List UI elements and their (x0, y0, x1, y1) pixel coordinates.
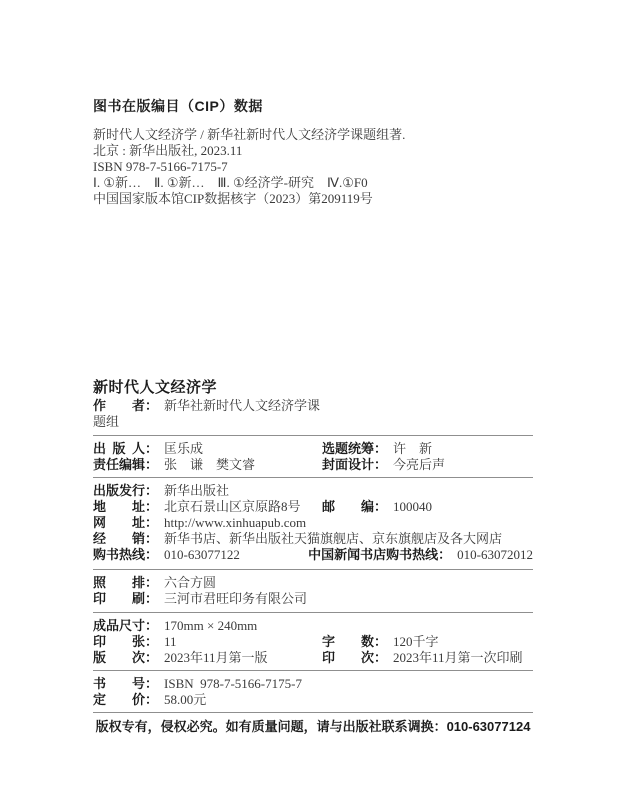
book-title: 新时代人文经济学 (93, 378, 533, 398)
cover-design-cell: 封面设计：今亮后声 (322, 457, 533, 473)
topic-coordinator-value: 许 新 (393, 441, 432, 456)
size-label: 成品尺寸 (93, 618, 145, 634)
label-colon: ： (145, 547, 158, 562)
label-colon: ： (374, 457, 387, 472)
publisher-value: 新华出版社 (164, 483, 229, 498)
printing-row: 印刷：三河市君旺印务有限公司 (93, 591, 533, 607)
editor-cell: 责任编辑：张 谦 樊文睿 (93, 457, 322, 473)
cover-design-value: 今亮后声 (393, 457, 445, 472)
label-colon: ： (145, 650, 158, 665)
cip-line-imprint: 北京 : 新华出版社, 2023.11 (93, 143, 533, 159)
impression-label: 印次 (322, 650, 374, 666)
distribution-label: 经销 (93, 531, 145, 547)
colophon-block: 新时代人文经济学 作者：新华社新时代人文经济学课题组 出版人：匡乐成 选题统筹：… (93, 378, 533, 735)
impression-cell: 印次：2023年11月第一次印刷 (322, 650, 533, 666)
cip-line-isbn: ISBN 978-7-5166-7175-7 (93, 159, 533, 175)
price-row: 定价：58.00元 (93, 692, 533, 708)
printing-value: 三河市君旺印务有限公司 (164, 591, 307, 606)
label-colon: ： (374, 499, 387, 514)
author-label: 作者 (93, 398, 145, 414)
isbn-label: 书号 (93, 676, 145, 692)
label-colon: ： (145, 575, 158, 590)
hotline-row: 购书热线：010-63077122 中国新闻书店购书热线：010-6307201… (93, 547, 533, 563)
price-value: 58.00元 (164, 692, 206, 707)
hotline-label: 购书热线 (93, 547, 145, 563)
edition-cell: 版次：2023年11月第一版 (93, 650, 322, 666)
size-row: 成品尺寸：170mm × 240mm (93, 618, 533, 634)
typesetting-value: 六合方圆 (164, 575, 216, 590)
word-count-value: 120千字 (393, 634, 439, 649)
sheets-value: 11 (164, 634, 177, 649)
postcode-cell: 邮编：100040 (322, 499, 533, 515)
book-copyright-page: 图书在版编目（CIP）数据 新时代人文经济学 / 新华社新时代人文经济学课题组著… (0, 0, 640, 800)
cip-line-title-statement: 新时代人文经济学 / 新华社新时代人文经济学课题组著. (93, 127, 533, 143)
label-colon: ： (145, 457, 158, 472)
label-colon: ： (145, 499, 158, 514)
distribution-value: 新华书店、新华出版社天猫旗舰店、京东旗舰店及各大网店 (164, 531, 502, 546)
website-value: http://www.xinhuapub.com (164, 515, 306, 530)
typesetting-cell: 照排：六合方圆 (93, 575, 322, 591)
isbn-cell: 书号：ISBN 978-7-5166-7175-7 (93, 676, 322, 692)
edition-row: 版次：2023年11月第一版 印次：2023年11月第一次印刷 (93, 650, 533, 666)
label-colon: ： (374, 650, 387, 665)
label-colon: ： (145, 441, 158, 456)
publisher-person-row: 出版人：匡乐成 选题统筹：许 新 (93, 441, 533, 457)
label-colon: ： (145, 692, 158, 707)
editor-label: 责任编辑 (93, 457, 145, 473)
impression-value: 2023年11月第一次印刷 (393, 650, 523, 665)
printing-label: 印刷 (93, 591, 145, 607)
postcode-label: 邮编 (322, 499, 374, 515)
copyright-notice-section: 版权专有，侵权必究。如有质量问题，请与出版社联系调换：010-63077124 (93, 712, 533, 735)
postcode-value: 100040 (393, 499, 432, 514)
format-group: 成品尺寸：170mm × 240mm 印张：11 字数：120千字 版次：202… (93, 612, 533, 670)
website-cell: 网址：http://www.xinhuapub.com (93, 515, 322, 531)
isbn-price-group: 书号：ISBN 978-7-5166-7175-7 定价：58.00元 (93, 670, 533, 712)
bookstore-hotline-value: 010-63072012 (457, 547, 533, 562)
title-author-group: 新时代人文经济学 作者：新华社新时代人文经济学课题组 (93, 378, 533, 435)
website-row: 网址：http://www.xinhuapub.com (93, 515, 533, 531)
publishing-group: 出版发行：新华出版社 地址：北京石景山区京原路8号 邮编：100040 网址：h… (93, 477, 533, 569)
publisher-person-label: 出版人 (93, 441, 145, 457)
printing-cell: 印刷：三河市君旺印务有限公司 (93, 591, 322, 607)
label-colon: ： (438, 547, 451, 562)
size-cell: 成品尺寸：170mm × 240mm (93, 618, 322, 634)
cip-line-classification: Ⅰ. ①新… Ⅱ. ①新… Ⅲ. ①经济学-研究 Ⅳ.①F0 (93, 175, 533, 191)
label-colon: ： (145, 515, 158, 530)
edition-label: 版次 (93, 650, 145, 666)
editor-row: 责任编辑：张 谦 樊文睿 封面设计：今亮后声 (93, 457, 533, 473)
price-label: 定价 (93, 692, 145, 708)
label-colon: ： (145, 531, 158, 546)
publisher-label: 出版发行 (93, 483, 145, 499)
sheets-label: 印张 (93, 634, 145, 650)
sheets-cell: 印张：11 (93, 634, 322, 650)
bookstore-hotline-cell: 中国新闻书店购书热线：010-63072012 (308, 547, 533, 563)
word-count-cell: 字数：120千字 (322, 634, 533, 650)
distribution-cell: 经销：新华书店、新华出版社天猫旗舰店、京东旗舰店及各大网店 (93, 531, 502, 547)
website-label: 网址 (93, 515, 145, 531)
edition-value: 2023年11月第一版 (164, 650, 268, 665)
isbn-row: 书号：ISBN 978-7-5166-7175-7 (93, 676, 533, 692)
cover-design-label: 封面设计 (322, 457, 374, 473)
address-cell: 地址：北京石景山区京原路8号 (93, 499, 322, 515)
label-colon: ： (145, 591, 158, 606)
cip-heading: 图书在版编目（CIP）数据 (93, 97, 533, 115)
label-colon: ： (374, 441, 387, 456)
hotline-cell: 购书热线：010-63077122 (93, 547, 240, 563)
address-value: 北京石景山区京原路8号 (164, 499, 301, 514)
topic-coordinator-label: 选题统筹 (322, 441, 374, 457)
publisher-person-cell: 出版人：匡乐成 (93, 441, 322, 457)
editorial-group: 出版人：匡乐成 选题统筹：许 新 责任编辑：张 谦 樊文睿 封面设计：今亮后声 (93, 435, 533, 477)
label-colon: ： (145, 618, 158, 633)
copyright-notice: 版权专有，侵权必究。如有质量问题，请与出版社联系调换：010-63077124 (93, 719, 533, 735)
label-colon: ： (145, 634, 158, 649)
price-cell: 定价：58.00元 (93, 692, 322, 708)
address-label: 地址 (93, 499, 145, 515)
editor-value: 张 谦 樊文睿 (164, 457, 255, 472)
hotline-value: 010-63077122 (164, 547, 240, 562)
printing-group: 照排：六合方圆 印刷：三河市君旺印务有限公司 (93, 569, 533, 612)
label-colon: ： (145, 398, 158, 413)
size-value: 170mm × 240mm (164, 618, 257, 633)
bookstore-hotline-label: 中国新闻书店购书热线 (308, 547, 438, 563)
distribution-row: 经销：新华书店、新华出版社天猫旗舰店、京东旗舰店及各大网店 (93, 531, 533, 547)
topic-coordinator-cell: 选题统筹：许 新 (322, 441, 533, 457)
address-row: 地址：北京石景山区京原路8号 邮编：100040 (93, 499, 533, 515)
isbn-value: ISBN 978-7-5166-7175-7 (164, 676, 302, 691)
publisher-row: 出版发行：新华出版社 (93, 483, 533, 499)
label-colon: ： (145, 676, 158, 691)
label-colon: ： (374, 634, 387, 649)
cip-block: 图书在版编目（CIP）数据 新时代人文经济学 / 新华社新时代人文经济学课题组著… (93, 97, 533, 207)
author-row: 作者：新华社新时代人文经济学课题组 (93, 398, 533, 430)
author-cell: 作者：新华社新时代人文经济学课题组 (93, 398, 322, 430)
label-colon: ： (145, 483, 158, 498)
publisher-person-value: 匡乐成 (164, 441, 203, 456)
word-count-label: 字数 (322, 634, 374, 650)
typesetting-row: 照排：六合方圆 (93, 575, 533, 591)
publisher-cell: 出版发行：新华出版社 (93, 483, 322, 499)
cip-line-registration-number: 中国国家版本馆CIP数据核字（2023）第209119号 (93, 191, 533, 207)
sheets-row: 印张：11 字数：120千字 (93, 634, 533, 650)
typesetting-label: 照排 (93, 575, 145, 591)
